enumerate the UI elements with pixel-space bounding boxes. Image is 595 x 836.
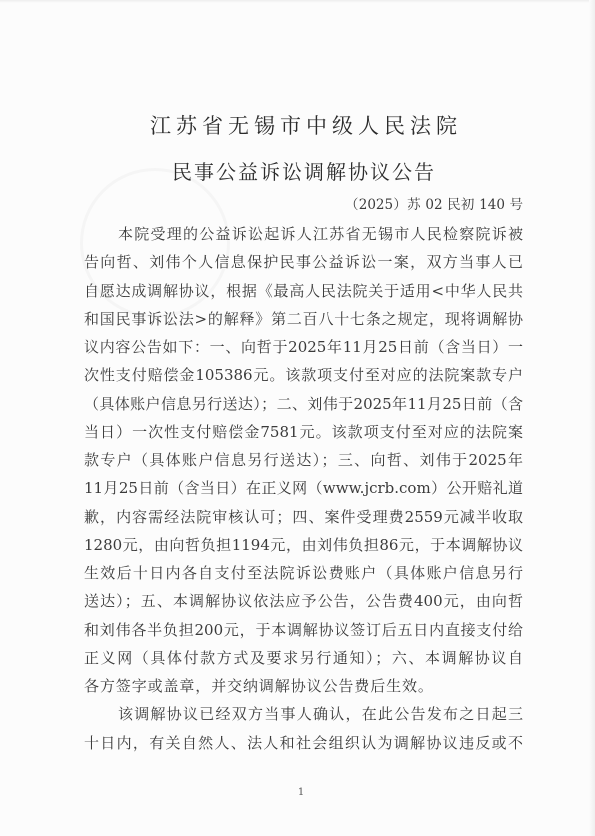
text-line: 歉，内容需经法院审核认可；四、案件受理费2559元减半收取 [84, 503, 523, 531]
text-line: 自愿达成调解协议，根据《最高人民法院关于适用<中华人民共 [84, 277, 523, 305]
text-line: （具体账户信息另行送达）；二、刘伟于2025年11月25日前（含 [84, 390, 523, 418]
text-line: 款专户（具体账户信息另行送达）；三、向哲、刘伟于2025年 [84, 446, 523, 474]
text-line: 1280元，由向哲负担1194元，由刘伟负担86元，于本调解协议 [84, 531, 523, 559]
text-line: 告向哲、刘伟个人信息保护民事公益诉讼一案，双方当事人已 [84, 248, 523, 276]
case-number: （2025）苏 02 民初 140 号 [345, 196, 523, 214]
document-title: 民事公益诉讼调解协议公告 [172, 159, 434, 185]
text-line: 十日内，有关自然人、法人和社会组织认为调解协议违反或不 [84, 729, 523, 757]
text-line: 议内容公告如下：一、向哲于2025年11月25日前（含当日）一 [84, 333, 523, 361]
text-line: 生效后十日内各自支付至法院诉讼费账户（具体账户信息另行 [84, 559, 523, 587]
paragraph-2: 该调解协议已经双方当事人确认，在此公告发布之日起三 十日内，有关自然人、法人和社… [84, 700, 523, 757]
text-line: 和国民事诉讼法>的解释》第二百八十七条之规定，现将调解协 [84, 305, 523, 333]
page-edge-top [0, 0, 595, 3]
page-number: 1 [296, 786, 306, 800]
page-edge-right [589, 0, 595, 836]
text-line: 该调解协议已经双方当事人确认，在此公告发布之日起三 [84, 700, 523, 728]
text-line: 次性支付赔偿金105386元。该款项支付至对应的法院案款专户 [84, 361, 523, 389]
text-line: 各方签字或盖章，并交纳调解协议公告费后生效。 [84, 672, 523, 700]
text-line: 送达）；五、本调解协议依法应予公告，公告费400元，由向哲 [84, 587, 523, 615]
text-line: 和刘伟各半负担200元，于本调解协议签订后五日内直接支付给 [84, 616, 523, 644]
court-name-heading: 江苏省无锡市中级人民法院 [150, 112, 457, 140]
notice-body: 本院受理的公益诉讼起诉人江苏省无锡市人民检察院诉被 告向哲、刘伟个人信息保护民事… [84, 220, 523, 757]
text-line: 本院受理的公益诉讼起诉人江苏省无锡市人民检察院诉被 [84, 220, 523, 248]
text-line: 11月25日前（含当日）在正义网（www.jcrb.com）公开赔礼道 [84, 474, 523, 502]
paragraph-1: 本院受理的公益诉讼起诉人江苏省无锡市人民检察院诉被 告向哲、刘伟个人信息保护民事… [84, 220, 523, 700]
text-line: 正义网（具体付款方式及要求另行通知）；六、本调解协议自 [84, 644, 523, 672]
text-line: 当日）一次性支付赔偿金7581元。该款项支付至对应的法院案 [84, 418, 523, 446]
